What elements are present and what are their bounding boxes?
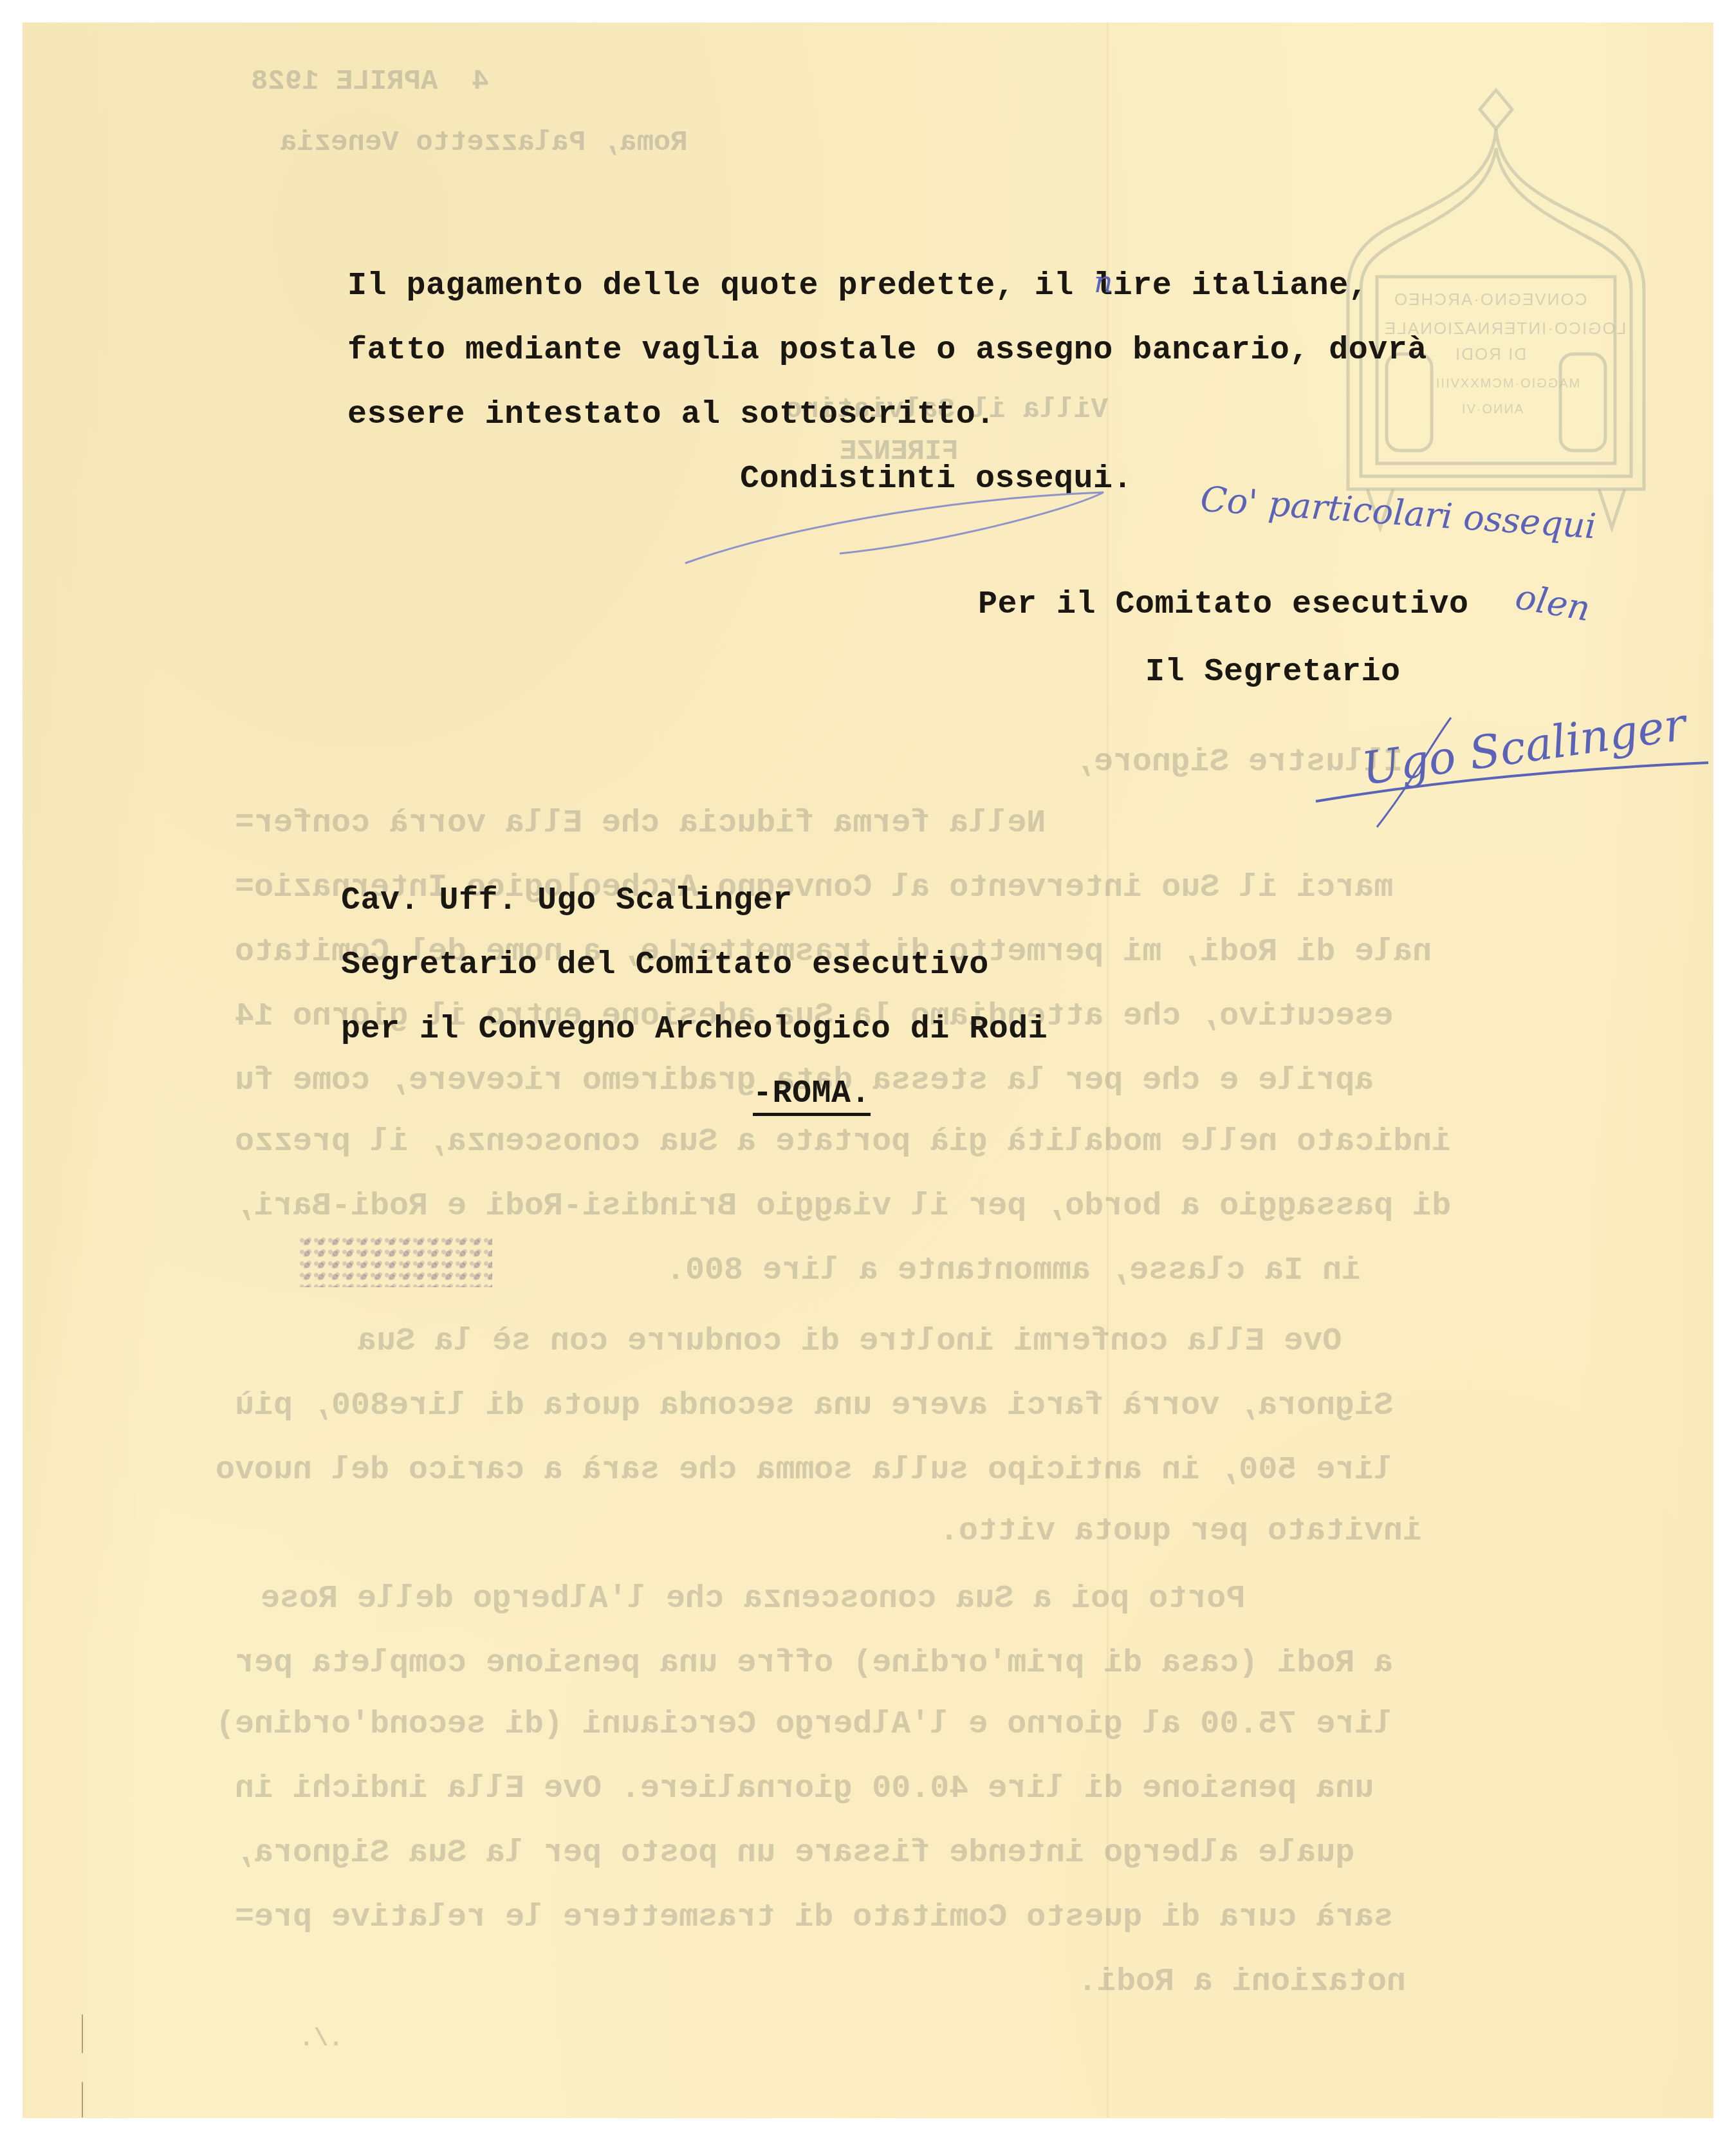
emblem-text-1: CONVEGNO·ARCHEO: [1393, 290, 1587, 310]
bleed-line-19: notazioni a Rodi.: [1078, 1966, 1406, 1998]
body-line-2: fatto mediante vaglia postale o assegno …: [347, 335, 1427, 367]
signature-line-2: Il Segretario: [1145, 656, 1401, 689]
bleed-line-6: indicato nelle modalità già portate a Su…: [235, 1126, 1451, 1158]
letter-page: 4 APRILE 1928 Roma, Palazzetto Venezia V…: [23, 23, 1713, 2118]
emblem-text-3: DI RODI: [1454, 344, 1526, 364]
bleed-line-17: quale albergo intende fissare un posto p…: [235, 1838, 1354, 1870]
letterhead-emblem-icon: CONVEGNO·ARCHEO LOGICO·INTERNAZIONALE DI…: [1316, 77, 1676, 541]
recipient-organization: per il Convegno Archeologico di Rodi: [341, 1014, 1048, 1046]
bleed-line-14: a Rodi (casa di prim'ordine) offre una p…: [235, 1648, 1393, 1680]
handwritten-correction: n: [1094, 267, 1113, 297]
ink-stamp-smudge: [299, 1236, 492, 1287]
bleed-line-8: in Ia classe, ammontante a lire 800.: [666, 1255, 1361, 1287]
body-line-1: Il pagamento delle quote predette, il li…: [347, 270, 1368, 302]
bleed-line-16: una pensione di lire 40.00 giornaliere. …: [235, 1773, 1374, 1805]
pen-flourish-icon: [679, 486, 1129, 570]
bleed-line-11: lire 500, in anticipo sulla somma che sa…: [216, 1455, 1393, 1487]
recipient-name: Cav. Uff. Ugo Scalinger: [341, 885, 793, 917]
signature-line-1: Per il Comitato esecutivo: [978, 589, 1469, 621]
bleed-salutation: Illustre Signore,: [1075, 747, 1403, 779]
bleed-line-1: Nella ferma fiducia che Ella vorrà confe…: [235, 808, 1046, 840]
recipient-city: -ROMA.: [753, 1078, 871, 1116]
bleed-place: Roma, Palazzetto Venezia: [280, 129, 688, 157]
handwritten-addition: olen: [1513, 579, 1593, 626]
bleed-page-marker: ./.: [299, 2027, 343, 2052]
bleed-line-9: Ove Ella confermi inoltre di condurre co…: [357, 1326, 1342, 1358]
bleed-line-10: Signora, vorrà farci avere una seconda q…: [235, 1390, 1393, 1422]
recipient-title: Segretario del Comitato esecutivo: [341, 949, 989, 982]
bleed-line-15: lire 75.00 al giorno e l'Albergo Cerciau…: [216, 1709, 1393, 1741]
bleed-line-7: di passaggio a bordo, per il viaggio Bri…: [235, 1191, 1451, 1223]
bleed-line-18: sarà cura di questo Comitato di trasmett…: [235, 1902, 1393, 1934]
body-line-3: essere intestato al sottoscritto.: [347, 399, 995, 431]
emblem-text-5: ANNO·VI: [1461, 402, 1523, 417]
bleed-line-12: invitato per quota vitto.: [939, 1516, 1422, 1548]
bleed-line-13: Porto poi a Sua conoscenza che l'Albergo…: [261, 1583, 1245, 1615]
margin-mark: [82, 2014, 83, 2053]
margin-mark: [82, 2082, 83, 2117]
emblem-text-4: MAGGIO·MCMXXVIII: [1435, 377, 1580, 391]
bleed-date: 4 APRILE 1928: [251, 68, 489, 96]
